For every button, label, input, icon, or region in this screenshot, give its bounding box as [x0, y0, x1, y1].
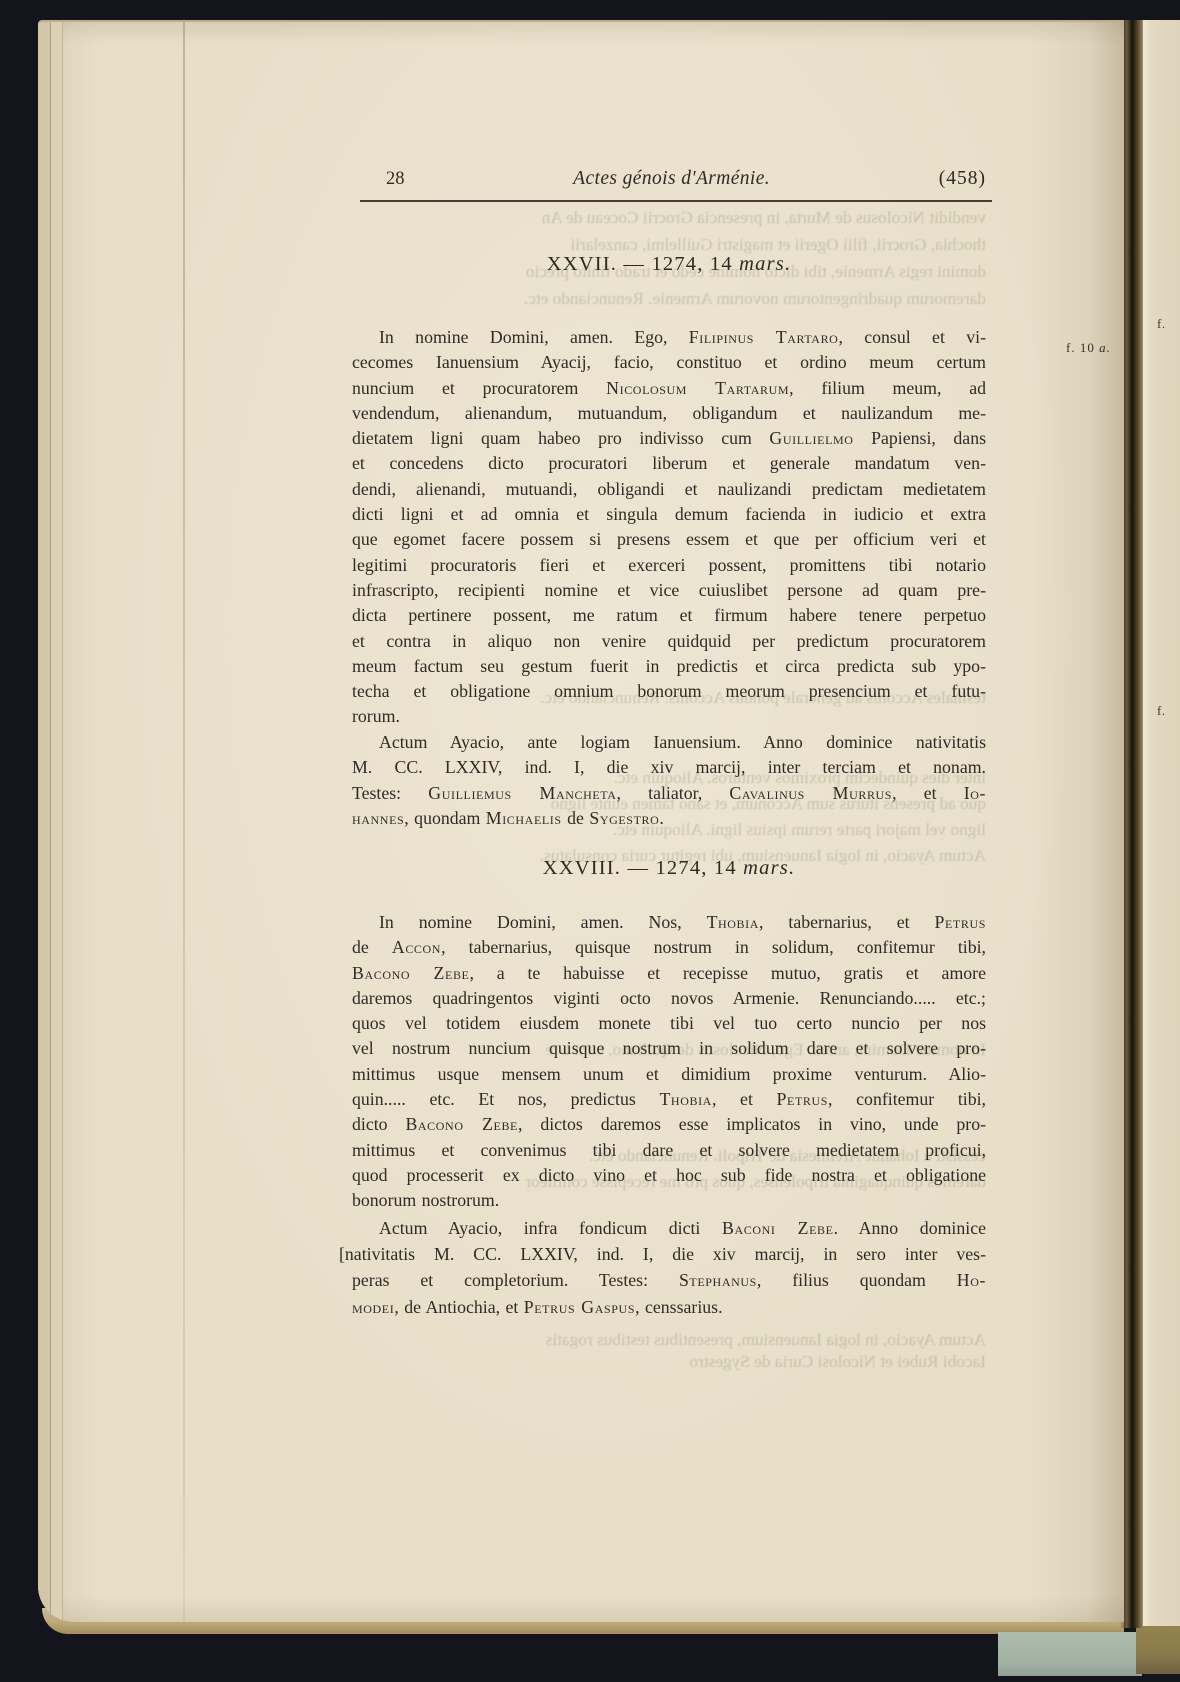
- bleedthrough-line: vendidit Nicolosus de Murta, in presenci…: [352, 208, 986, 228]
- text-segment: dendi, alienandi, mutuandi, obligandi et…: [352, 479, 986, 499]
- small-caps-name: Cavalinus Murrus: [729, 783, 892, 803]
- text-segment: Testes:: [352, 783, 428, 803]
- text-line: dicta pertinere possent, me ratum et fir…: [352, 603, 986, 628]
- text-segment: dicta pertinere possent, me ratum et fir…: [352, 605, 986, 625]
- book-page: vendidit Nicolosus de Murta, in presenci…: [38, 20, 1124, 1622]
- text-segment: XXVII. — 1274, 14: [547, 253, 739, 275]
- section-heading-xxvii: XXVII. — 1274, 14 mars.: [352, 253, 986, 276]
- text-segment: et contra in aliquo non venire quidquid …: [352, 631, 986, 651]
- small-caps-name: Stephanus: [679, 1270, 757, 1290]
- text-segment: mittimus usque mensem unum et dimidium p…: [352, 1064, 986, 1084]
- text-segment: mittimus et convenimus tibi dare et solv…: [352, 1140, 986, 1160]
- text-line: infrascripto, recipienti nomine et vice …: [352, 578, 986, 603]
- text-segment: , taliator,: [617, 783, 730, 803]
- act-xxvii-body: In nomine Domini, amen. Ego, Filipinus T…: [352, 325, 986, 730]
- text-line: de Accon, tabernarius, quisque nostrum i…: [352, 935, 986, 960]
- text-line: quod processerit ex dicto vino et hoc su…: [352, 1163, 986, 1188]
- text-segment: .: [659, 808, 663, 828]
- page-edge-outer: [38, 22, 51, 1622]
- text-segment: dicti ligni et ad omnia et singula demum…: [352, 504, 986, 524]
- small-caps-name: Petrus: [935, 912, 987, 932]
- small-caps-name: modei: [352, 1297, 394, 1317]
- text-segment: , quondam: [404, 808, 486, 828]
- text-line: vel nostrum nuncium quisque nostrum in s…: [352, 1036, 986, 1061]
- small-caps-name: Filipinus Tartaro: [689, 327, 839, 347]
- text-segment: , tabernarius, et: [759, 912, 934, 932]
- small-caps-name: Io-: [964, 783, 986, 803]
- small-caps-name: Guillielmo: [769, 428, 853, 448]
- text-line: nuncium et procuratorem Nicolosum Tartar…: [352, 376, 986, 401]
- text-segment: , dictos daremos esse implicatos in vino…: [518, 1114, 986, 1134]
- text-line: et contra in aliquo non venire quidquid …: [352, 629, 986, 654]
- text-segment: nuncium et procuratorem: [352, 378, 606, 398]
- text-segment: quod processerit ex dicto vino et hoc su…: [352, 1165, 986, 1185]
- text-line: M. CC. LXXIV, ind. I, die xiv marcij, in…: [352, 755, 986, 780]
- text-line: et concedens dicto procuratori liberum e…: [352, 451, 986, 476]
- text-line: modei, de Antiochia, et Petrus Gaspus, c…: [352, 1294, 986, 1320]
- text-line: rorum.: [352, 704, 986, 729]
- text-segment: XXVIII. — 1274, 14: [543, 857, 743, 879]
- text-segment: mars.: [743, 857, 795, 879]
- text-segment: vel nostrum nuncium quisque nostrum in s…: [352, 1038, 986, 1058]
- text-segment: . Anno dominice: [834, 1218, 986, 1238]
- text-segment: Actum Ayacio, infra fondicum dicti: [379, 1218, 722, 1238]
- text-segment: M. CC. LXXIV, ind. I, die xiv marcij, in…: [352, 757, 986, 777]
- running-title: Actes génois d'Arménie.: [405, 168, 939, 190]
- bleedthrough-line: daremorum quadringentorum novorum Armeni…: [352, 289, 986, 309]
- small-caps-name: Michaelis: [486, 808, 562, 828]
- folio-number: (458): [939, 168, 986, 190]
- text-segment: , filius quondam: [757, 1270, 957, 1290]
- text-line: mittimus usque mensem unum et dimidium p…: [352, 1062, 986, 1087]
- book-cover-corner: [1136, 1622, 1180, 1674]
- text-segment: Actum Ayacio, ante logiam Ianuensium. An…: [379, 732, 986, 752]
- bleedthrough-line: Iacobi Rubei et Nicolosi Curia de Sygest…: [352, 1352, 986, 1372]
- text-segment: , a te habuisse et recepisse mutuo, grat…: [469, 963, 986, 983]
- text-segment: meum factum seu gestum fuerit in predict…: [352, 656, 986, 676]
- bleedthrough-line: Actum Ayacio, in logia Ianuensium, prese…: [352, 1330, 986, 1350]
- table-surface: [998, 1632, 1142, 1676]
- text-segment: que egomet facere possem si presens esse…: [352, 529, 986, 549]
- small-caps-name: Bacono Zebe: [405, 1114, 518, 1134]
- text-line: hannes, quondam Michaelis de Sygestro.: [352, 806, 986, 831]
- small-caps-name: Nicolosum Tartarum: [606, 378, 789, 398]
- text-line: In nomine Domini, amen. Nos, Thobia, tab…: [352, 910, 986, 935]
- text-line: quin..... etc. Et nos, predictus Thobia,…: [352, 1087, 986, 1112]
- small-caps-name: Thobia: [707, 912, 759, 932]
- small-caps-name: Accon: [392, 937, 441, 957]
- book-photo: f.f. vendidit Nicolosus de Murta, in pre…: [0, 0, 1180, 1682]
- text-line: dicti ligni et ad omnia et singula demum…: [352, 502, 986, 527]
- facing-page-edge: f.f.: [1142, 20, 1180, 1626]
- act-xxviii-body: In nomine Domini, amen. Nos, Thobia, tab…: [352, 910, 986, 1214]
- text-line: vendendum, alienandum, mutuandum, obliga…: [352, 401, 986, 426]
- section-heading-xxviii: XXVIII. — 1274, 14 mars.: [352, 857, 986, 880]
- text-segment: , et: [892, 783, 964, 803]
- page-number: 28: [386, 168, 405, 190]
- small-caps-name: Ho-: [957, 1270, 986, 1290]
- text-line: Bacono Zebe, a te habuisse et recepisse …: [352, 961, 986, 986]
- page-edge-inner: [51, 22, 63, 1622]
- text-segment: bonorum nostrorum.: [352, 1190, 499, 1210]
- text-segment: dietatem ligni quam habeo pro indivisso …: [352, 428, 769, 448]
- text-segment: , consul et vi-: [838, 327, 986, 347]
- text-segment: dicto: [352, 1114, 405, 1134]
- text-line: Testes: Guilliemus Mancheta, taliator, C…: [352, 781, 986, 806]
- text-segment: vendendum, alienandum, mutuandum, obliga…: [352, 403, 986, 423]
- text-segment: , filium meum, ad: [789, 378, 986, 398]
- text-line: Actum Ayacio, infra fondicum dicti Bacon…: [352, 1215, 986, 1241]
- text-segment: de: [562, 808, 590, 828]
- text-segment: peras et completorium. Testes:: [352, 1270, 679, 1290]
- text-segment: , de Antiochia, et: [394, 1297, 523, 1317]
- text-line: cecomes Ianuensium Ayacij, facio, consti…: [352, 350, 986, 375]
- text-line: que egomet facere possem si presens esse…: [352, 527, 986, 552]
- text-line: quos vel totidem eiusdem monete tibi vel…: [352, 1011, 986, 1036]
- small-caps-name: Petrus Gaspus: [524, 1297, 635, 1317]
- text-segment: techa et obligatione omnium bonorum meor…: [352, 681, 986, 701]
- text-segment: f. 10: [1066, 340, 1099, 355]
- page-crease: [183, 22, 185, 1622]
- facing-page-marginal: f.: [1157, 316, 1166, 332]
- text-segment: de: [352, 937, 392, 957]
- bleedthrough-line: thochia, Grocrii, filii Ogerii et magist…: [352, 235, 986, 255]
- text-segment: In nomine Domini, amen. Ego,: [379, 327, 689, 347]
- small-caps-name: Baconi Zebe: [722, 1218, 834, 1238]
- text-line: dicto Bacono Zebe, dictos daremos esse i…: [352, 1112, 986, 1137]
- text-segment: [nativitatis M. CC. LXXIV, ind. I, die x…: [339, 1244, 986, 1264]
- text-segment: In nomine Domini, amen. Nos,: [379, 912, 707, 932]
- text-segment: legitimi procuratoris fieri et exerceri …: [352, 555, 986, 575]
- small-caps-name: Sygestro: [589, 808, 659, 828]
- text-line: techa et obligatione omnium bonorum meor…: [352, 679, 986, 704]
- act-xxviii-actum: Actum Ayacio, infra fondicum dicti Bacon…: [352, 1215, 986, 1320]
- text-segment: , tabernarius, quisque nostrum in solidu…: [441, 937, 986, 957]
- text-segment: a.: [1099, 340, 1111, 355]
- small-caps-name: Guilliemus Mancheta: [428, 783, 616, 803]
- text-segment: infrascripto, recipienti nomine et vice …: [352, 580, 986, 600]
- small-caps-name: Thobia: [659, 1089, 711, 1109]
- page-header: 28 Actes génois d'Arménie. (458): [352, 168, 986, 190]
- text-segment: mars.: [739, 253, 791, 275]
- header-rule: [360, 200, 992, 202]
- text-segment: et concedens dicto procuratori liberum e…: [352, 453, 986, 473]
- text-segment: , et: [712, 1089, 777, 1109]
- text-segment: daremos quadringentos viginti octo novos…: [352, 988, 986, 1008]
- small-caps-name: hannes: [352, 808, 404, 828]
- text-line: mittimus et convenimus tibi dare et solv…: [352, 1138, 986, 1163]
- act-xxvii-actum: Actum Ayacio, ante logiam Ianuensium. An…: [352, 730, 986, 831]
- text-line: In nomine Domini, amen. Ego, Filipinus T…: [352, 325, 986, 350]
- text-segment: Papiensi, dans: [854, 428, 986, 448]
- facing-page-marginal: f.: [1157, 703, 1166, 719]
- text-segment: , confitemur tibi,: [828, 1089, 986, 1109]
- text-segment: rorum.: [352, 706, 400, 726]
- small-caps-name: Petrus: [777, 1089, 829, 1109]
- text-line: bonorum nostrorum.: [352, 1188, 986, 1213]
- text-line: Actum Ayacio, ante logiam Ianuensium. An…: [352, 730, 986, 755]
- text-line: [nativitatis M. CC. LXXIV, ind. I, die x…: [339, 1241, 986, 1267]
- text-line: dendi, alienandi, mutuandi, obligandi et…: [352, 477, 986, 502]
- text-segment: quos vel totidem eiusdem monete tibi vel…: [352, 1013, 986, 1033]
- text-line: dietatem ligni quam habeo pro indivisso …: [352, 426, 986, 451]
- text-line: daremos quadringentos viginti octo novos…: [352, 986, 986, 1011]
- text-line: peras et completorium. Testes: Stephanus…: [352, 1267, 986, 1293]
- text-segment: , censsarius.: [635, 1297, 722, 1317]
- text-line: meum factum seu gestum fuerit in predict…: [352, 654, 986, 679]
- folio-marginal-note: f. 10 a.: [1066, 340, 1111, 356]
- small-caps-name: Bacono Zebe: [352, 963, 469, 983]
- text-segment: quin..... etc. Et nos, predictus: [352, 1089, 659, 1109]
- text-line: legitimi procuratoris fieri et exerceri …: [352, 553, 986, 578]
- text-segment: cecomes Ianuensium Ayacij, facio, consti…: [352, 352, 986, 372]
